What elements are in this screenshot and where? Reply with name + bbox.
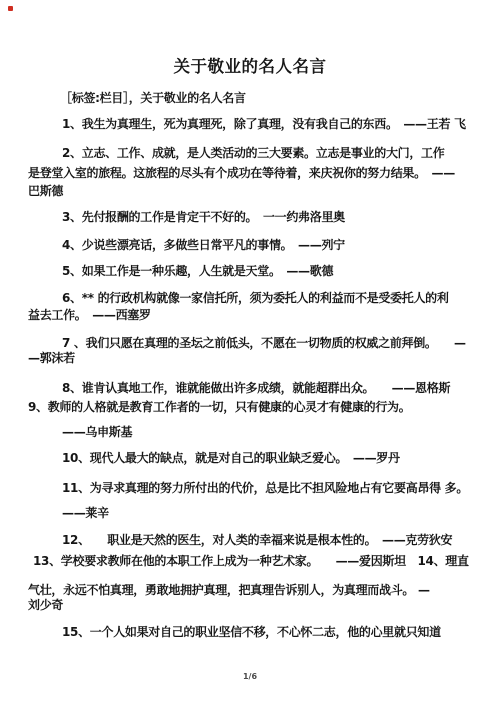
quote-line: 4、少说些漂亮话，多做些日常平凡的事情。 ——列宁 — [62, 238, 345, 253]
tag-meta-line: ［标签:栏目］，关于敬业的名人名言 — [60, 89, 246, 106]
red-dot-icon — [8, 6, 13, 11]
quote-line: 9、教师的人格就是教育工作者的一切，只有健康的心灵才有健康的行为。 — [28, 400, 410, 415]
quote-line: 气壮，永远不怕真理，勇敢地拥护真理，把真理告诉别人，为真理而战斗。 — — [28, 583, 430, 598]
quote-line: 12、 职业是天然的医生，对人类的幸福来说是根本性的。 ——克劳狄安 — [62, 533, 452, 548]
quote-line: 是登堂入室的旅程。这旅程的尽头有个成功在等待着，来庆祝你的努力结果。 —— — [28, 166, 455, 181]
quote-line: 11、为寻求真理的努力所付出的代价，总是比不担风险地占有它要高昂得 多。 — [62, 481, 468, 496]
quote-line: ——莱辛 — [62, 506, 109, 521]
quote-line: 3、先付报酬的工作是肯定干不好的。 一一约弗洛里奥 — [62, 210, 345, 225]
quote-line: 5、如果工作是一种乐趣，人生就是天堂。 ——歌德 — [62, 264, 333, 279]
quote-line: 15、一个人如果对自己的职业坚信不移，不心怀二志，他的心里就只知道 — [62, 625, 441, 640]
quote-line: 2、立志、工作、成就，是人类活动的三大要素。立志是事业的大门，工作 — [62, 146, 444, 161]
quote-line: ——乌申斯基 — [62, 425, 132, 440]
quote-line: 13、学校要求教师在他的本职工作上成为一种艺术家。 ——爱因斯坦 14、理直 — [33, 554, 469, 569]
page-title: 关于敬业的名人名言 — [0, 53, 500, 77]
quote-line: 10、现代人最大的缺点，就是对自己的职业缺乏爱心。 ——罗丹 — [62, 451, 400, 466]
quote-line: 7 、我们只愿在真理的圣坛之前低头，不愿在一切物质的权威之前拜倒。 — — [62, 336, 466, 351]
page-number: 1/6 — [0, 672, 500, 681]
quote-line: 益去工作。 ——西塞罗 — [28, 308, 151, 323]
quote-line: 巴斯德 — [28, 184, 63, 199]
quote-line: 6、** 的行政机构就像一家信托所，须为委托人的利益而不是受委托人的利 — [62, 291, 449, 306]
quote-line: 刘少奇 — [28, 598, 63, 613]
quote-line: 8、谁肯认真地工作，谁就能做出许多成绩，就能超群出众。 ——恩格斯 — [62, 381, 450, 396]
quote-line: 1、我生为真理生，死为真理死，除了真理，没有我自己的东西。 ——王若 飞 — [62, 117, 466, 132]
quote-line: —郭沫若 — [28, 351, 75, 366]
document-page: 关于敬业的名人名言 ［标签:栏目］，关于敬业的名人名言 1、我生为真理生，死为真… — [0, 0, 500, 708]
